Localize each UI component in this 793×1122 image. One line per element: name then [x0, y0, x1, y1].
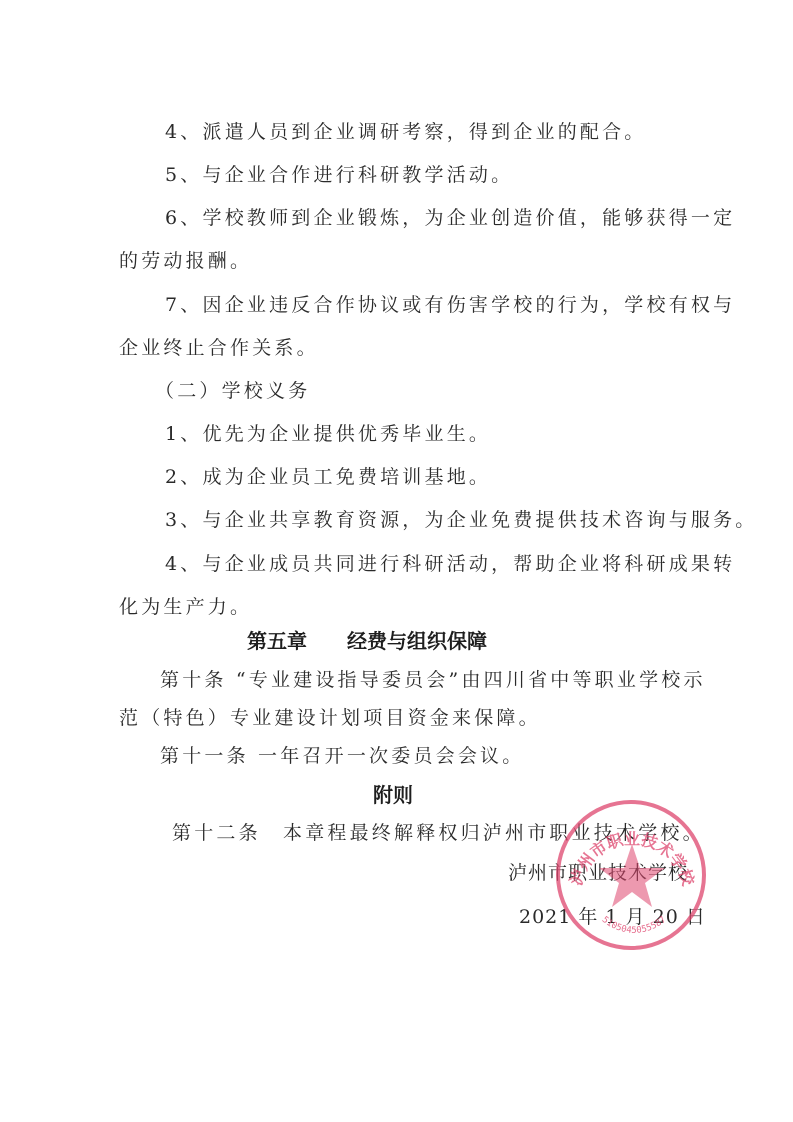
document-page: 4、派遣人员到企业调研考察，得到企业的配合。 5、与企业合作进行科研教学活动。 … — [0, 0, 793, 1122]
obligation-item-4-cont: 化为生产力。 — [119, 592, 252, 619]
signature-org: 泸州市职业技术学校 — [508, 858, 688, 885]
article11: 第十一条 一年召开一次委员会会议。 — [160, 741, 524, 768]
rights-item-4: 4、派遣人员到企业调研考察，得到企业的配合。 — [165, 117, 647, 144]
obligation-item-1: 1、优先为企业提供优秀毕业生。 — [165, 419, 491, 446]
article10-line2: 范（特色）专业建设计划项目资金来保障。 — [119, 703, 541, 730]
rights-item-7: 7、因企业违反合作协议或有伤害学校的行为，学校有权与 — [165, 290, 735, 317]
article12: 第十二条 本章程最终解释权归泸州市职业技术学校。 — [172, 818, 705, 845]
rights-item-7-cont: 企业终止合作关系。 — [119, 333, 319, 360]
section-school-obligations: （二）学校义务 — [155, 376, 310, 403]
article10-line1: 第十条 “专业建设指导委员会”由四川省中等职业学校示 — [160, 665, 706, 692]
rights-item-6-cont: 的劳动报酬。 — [119, 246, 252, 273]
rights-item-5: 5、与企业合作进行科研教学活动。 — [165, 160, 513, 187]
rights-item-6: 6、学校教师到企业锻炼，为企业创造价值，能够获得一定 — [165, 203, 735, 230]
chapter5-title: 第五章 经费与组织保障 — [247, 625, 487, 654]
obligation-item-2: 2、成为企业员工免费培训基地。 — [165, 462, 491, 489]
obligation-item-4: 4、与企业成员共同进行科研活动，帮助企业将科研成果转 — [165, 549, 735, 576]
appendix-title: 附则 — [373, 779, 413, 808]
signature-date: 2021 年 1 月 20 日 — [519, 902, 706, 929]
obligation-item-3: 3、与企业共享教育资源，为企业免费提供技术咨询与服务。 — [165, 505, 758, 532]
